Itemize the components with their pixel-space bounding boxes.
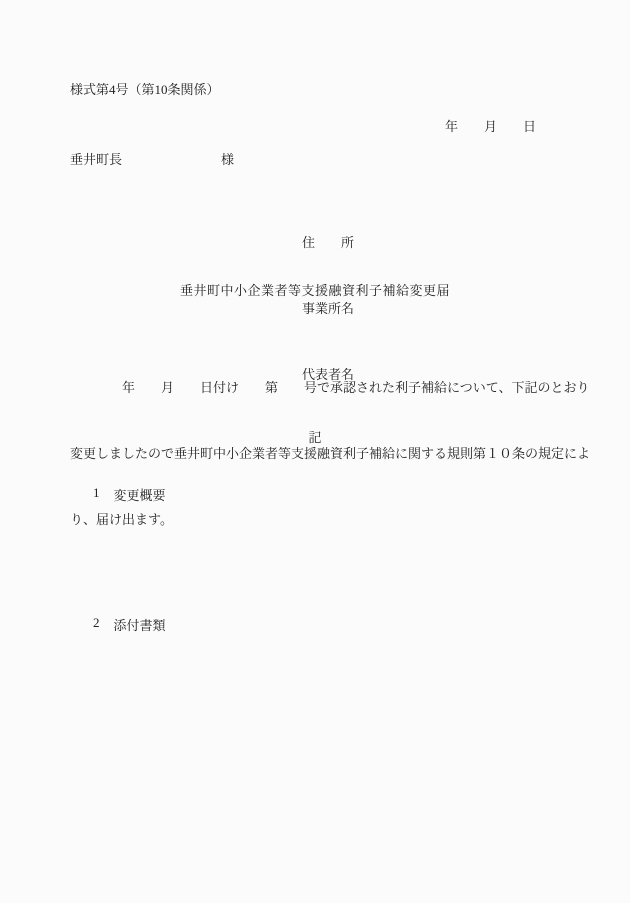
list-item-attachments: 2 添付書類 [93, 615, 166, 634]
record-marker: 記 [0, 427, 630, 446]
item-label: 変更概要 [114, 485, 166, 504]
body-line: 年 月 日付け 第 号で承認された利子補給について、下記のとおり [70, 377, 582, 399]
body-line: 変更しましたので垂井町中小企業者等支援融資利子補給に関する規則第１０条の規定によ [70, 443, 582, 465]
item-number: 1 [93, 485, 100, 504]
body-paragraph: 年 月 日付け 第 号で承認された利子補給について、下記のとおり 変更しましたの… [70, 333, 582, 575]
issue-date-line: 年 月 日 [445, 116, 536, 135]
document-title: 垂井町中小企業者等支援融資利子補給変更届 [0, 280, 630, 299]
sender-address-label: 住 所 [302, 232, 354, 254]
item-number: 2 [93, 615, 100, 634]
form-number: 様式第4号（第10条関係） [70, 79, 220, 98]
list-item-change-summary: 1 変更概要 [93, 485, 166, 504]
document-page: 様式第4号（第10条関係） 年 月 日 垂井町長 様 住 所 事業所名 代表者名… [0, 0, 630, 903]
sender-business-name-label: 事業所名 [302, 298, 354, 320]
addressee-honorific: 様 [221, 149, 234, 168]
body-line: り、届け出ます。 [70, 509, 582, 531]
item-label: 添付書類 [114, 615, 166, 634]
addressee-name: 垂井町長 [70, 149, 122, 168]
